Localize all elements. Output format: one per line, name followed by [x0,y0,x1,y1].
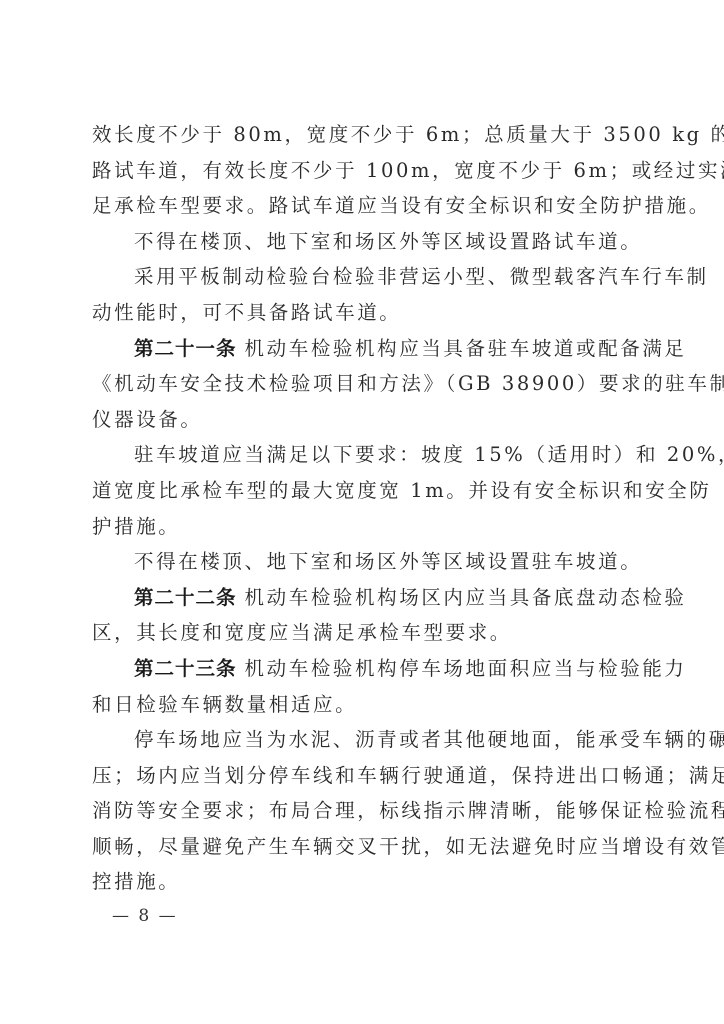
text-line: 足承检车型要求。路试车道应当设有安全标识和安全防护措施。 [92,188,634,224]
page-number: — 8 — [112,904,178,928]
text-line: 控措施。 [92,864,634,900]
paragraph-parking-lot-requirements: 停车场地应当为水泥、沥青或者其他硬地面，能承受车辆的碾 压；场内应当划分停车线和… [92,722,634,900]
paragraph-road-test-location: 不得在楼顶、地下室和场区外等区域设置路试车道。 [92,224,634,260]
text-line: 第二十一条机动车检验机构应当具备驻车坡道或配备满足 [92,331,634,367]
text-line: 效长度不少于 80m，宽度不少于 6m；总质量大于 3500 kg 的车辆 [92,117,634,153]
text-line: 和日检验车辆数量相适应。 [92,687,634,723]
text-line: 不得在楼顶、地下室和场区外等区域设置路试车道。 [92,224,634,260]
text-line: 仪器设备。 [92,402,634,438]
text-line: 驻车坡道应当满足以下要求：坡度 15%（适用时）和 20%，坡 [92,437,634,473]
text-line: 压；场内应当划分停车线和车辆行驶通道，保持进出口畅通；满足 [92,758,634,794]
paragraph-road-test-lane: 效长度不少于 80m，宽度不少于 6m；总质量大于 3500 kg 的车辆 路试… [92,117,634,224]
text-line: 消防等安全要求；布局合理，标线指示牌清晰，能够保证检验流程 [92,793,634,829]
paragraph-article-23: 第二十三条机动车检验机构停车场地面积应当与检验能力 和日检验车辆数量相适应。 [92,651,634,722]
article-label: 第二十一条 [134,337,237,360]
text-line: 不得在楼顶、地下室和场区外等区域设置驻车坡道。 [92,544,634,580]
text-line: 第二十二条机动车检验机构场区内应当具备底盘动态检验 [92,580,634,616]
paragraph-parking-slope-requirements: 驻车坡道应当满足以下要求：坡度 15%（适用时）和 20%，坡 道宽度比承检车型… [92,437,634,544]
document-page: 效长度不少于 80m，宽度不少于 6m；总质量大于 3500 kg 的车辆 路试… [92,117,634,900]
article-text: 机动车检验机构停车场地面积应当与检验能力 [245,657,687,680]
text-line: 《机动车安全技术检验项目和方法》（GB 38900）要求的驻车制动 [92,366,634,402]
text-line: 道宽度比承检车型的最大宽度宽 1m。并设有安全标识和安全防 [92,473,634,509]
paragraph-flat-brake-exemption: 采用平板制动检验台检验非营运小型、微型载客汽车行车制 动性能时，可不具备路试车道… [92,259,634,330]
article-text: 机动车检验机构场区内应当具备底盘动态检验 [245,586,687,609]
paragraph-article-21: 第二十一条机动车检验机构应当具备驻车坡道或配备满足 《机动车安全技术检验项目和方… [92,331,634,438]
text-line: 动性能时，可不具备路试车道。 [92,295,634,331]
article-text: 机动车检验机构应当具备驻车坡道或配备满足 [245,337,687,360]
text-line: 顺畅，尽量避免产生车辆交叉干扰，如无法避免时应当增设有效管 [92,829,634,865]
article-label: 第二十三条 [134,657,237,680]
paragraph-parking-slope-location: 不得在楼顶、地下室和场区外等区域设置驻车坡道。 [92,544,634,580]
article-label: 第二十二条 [134,586,237,609]
text-line: 第二十三条机动车检验机构停车场地面积应当与检验能力 [92,651,634,687]
text-line: 采用平板制动检验台检验非营运小型、微型载客汽车行车制 [92,259,634,295]
text-line: 路试车道，有效长度不少于 100m，宽度不少于 6m；或经过实测满 [92,153,634,189]
text-line: 区，其长度和宽度应当满足承检车型要求。 [92,615,634,651]
text-line: 停车场地应当为水泥、沥青或者其他硬地面，能承受车辆的碾 [92,722,634,758]
paragraph-article-22: 第二十二条机动车检验机构场区内应当具备底盘动态检验 区，其长度和宽度应当满足承检… [92,580,634,651]
text-line: 护措施。 [92,509,634,545]
